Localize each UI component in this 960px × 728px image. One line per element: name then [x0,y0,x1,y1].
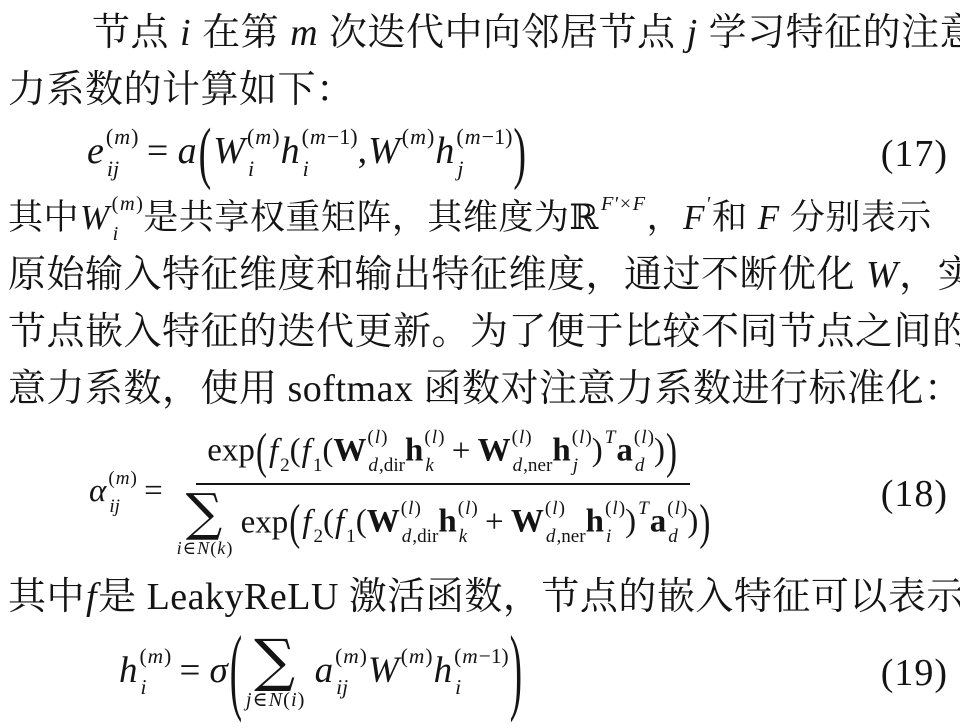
paragraph-line-3: 其中W(m)i是共享权重矩阵，其维度为ℝF′×F，F′和 F 分别表示 [8,189,948,248]
equation-17: e(m)ij=a(W(m)ih(m−1)i,W(m)h(m−1)j) (17) [8,119,948,189]
equation-18-number: (18) [881,472,948,516]
equation-17-number: (17) [881,132,948,176]
equation-19-math: h(m)i=σ(∑j∈N(i)a(m)ijW(m)h(m−1)i) [118,634,523,712]
equation-19-number: (19) [881,651,948,695]
paragraph-line-7: 其中f是 LeakyReLU 激活函数，节点的嵌入特征可以表示为： [8,569,948,626]
equation-17-math: e(m)ij=a(W(m)ih(m−1)i,W(m)h(m−1)j) [86,125,527,183]
paragraph-line-4: 原始输入特征维度和输出特征维度，通过不断优化 W，实现 [8,247,948,304]
paragraph-line-2: 力系数的计算如下： [8,62,948,119]
equation-19: h(m)i=σ(∑j∈N(i)a(m)ijW(m)h(m−1)i) (19) [8,626,948,720]
paragraph-line-1: 节点 i 在第 m 次迭代中向邻居节点 j 学习特征的注意 [8,5,948,62]
paragraph-line-6: 意力系数，使用 softmax 函数对注意力系数进行标准化： [8,361,948,418]
equation-18-math: α(m)ij=exp(f2(f1(W(l)d,dirh(l)k+W(l)d,ne… [88,428,715,559]
equation-18: α(m)ij=exp(f2(f1(W(l)d,dirh(l)k+W(l)d,ne… [8,418,948,569]
document-page: 节点 i 在第 m 次迭代中向邻居节点 j 学习特征的注意 力系数的计算如下： … [8,5,948,728]
paragraph-line-5: 节点嵌入特征的迭代更新。为了便于比较不同节点之间的注 [8,304,948,361]
